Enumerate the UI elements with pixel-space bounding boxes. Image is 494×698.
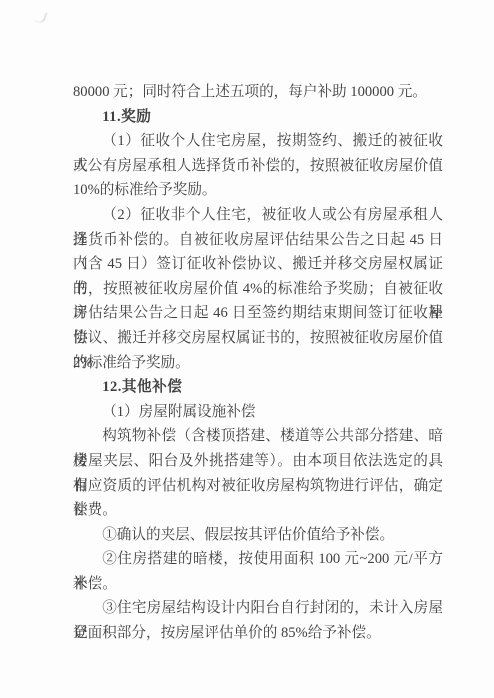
section-heading-11: 11.奖励 [73,105,443,130]
doc-line: 房屋夹层、阳台及外挑搭建等）。由本项目依法选定的具有 [73,449,443,474]
doc-line: 评估结果公告之日起 46 日至签约期结束期间签订征收补偿 [73,301,443,326]
scanned-document-page: 80000 元；同时符合上述五项的，每户补助 100000 元。 11.奖励 （… [0,0,494,698]
doc-line: 80000 元；同时符合上述五项的，每户补助 100000 元。 [73,80,443,105]
doc-line: 协议、搬迁并移交房屋权属证书的，按照被征收房屋价值 2% [73,326,443,351]
doc-line: （2）征收非个人住宅，被征收人或公有房屋承租人选 [73,203,443,228]
doc-line: 的标准给予奖励。 [73,351,443,376]
doc-line: ②住房搭建的暗楼，按使用面积 100 元~200 元/平方米 [73,547,443,572]
doc-line: ①确认的夹层、假层按其评估价值给予补偿。 [73,523,443,548]
doc-line: 的，按照被征收房屋价值 4%的标准给予奖励；自被征收房屋 [73,277,443,302]
doc-line: （1）房屋附属设施补偿 [73,400,443,425]
doc-line: 偿费。 [73,498,443,523]
doc-line: 补偿。 [73,572,443,597]
scan-smudge-mark [34,10,47,25]
doc-line: 择货币补偿的。自被征收房屋评估结果公告之日起 45 日内 [73,228,443,253]
section-heading-12: 12.其他补偿 [73,375,443,400]
doc-line: ③住宅房屋结构设计内阳台自行封闭的，未计入房屋登 [73,596,443,621]
doc-line: 或公有房屋承租人选择货币补偿的，按照被征收房屋价值 [73,154,443,179]
doc-line: 构筑物补偿（含楼顶搭建、楼道等公共部分搭建、暗楼、 [73,424,443,449]
doc-line: （含 45 日）签订征收补偿协议、搬迁并移交房屋权属证书 [73,252,443,277]
doc-line: （1）征收个人住宅房屋，按期签约、搬迁的被征收人 [73,129,443,154]
doc-line: 记面积部分，按房屋评估单价的 85%给予补偿。 [73,621,443,646]
doc-line: 10%的标准给予奖励。 [73,178,443,203]
document-text-block: 80000 元；同时符合上述五项的，每户补助 100000 元。 11.奖励 （… [73,80,443,646]
doc-line: 相应资质的评估机构对被征收房屋构筑物进行评估，确定补 [73,474,443,499]
